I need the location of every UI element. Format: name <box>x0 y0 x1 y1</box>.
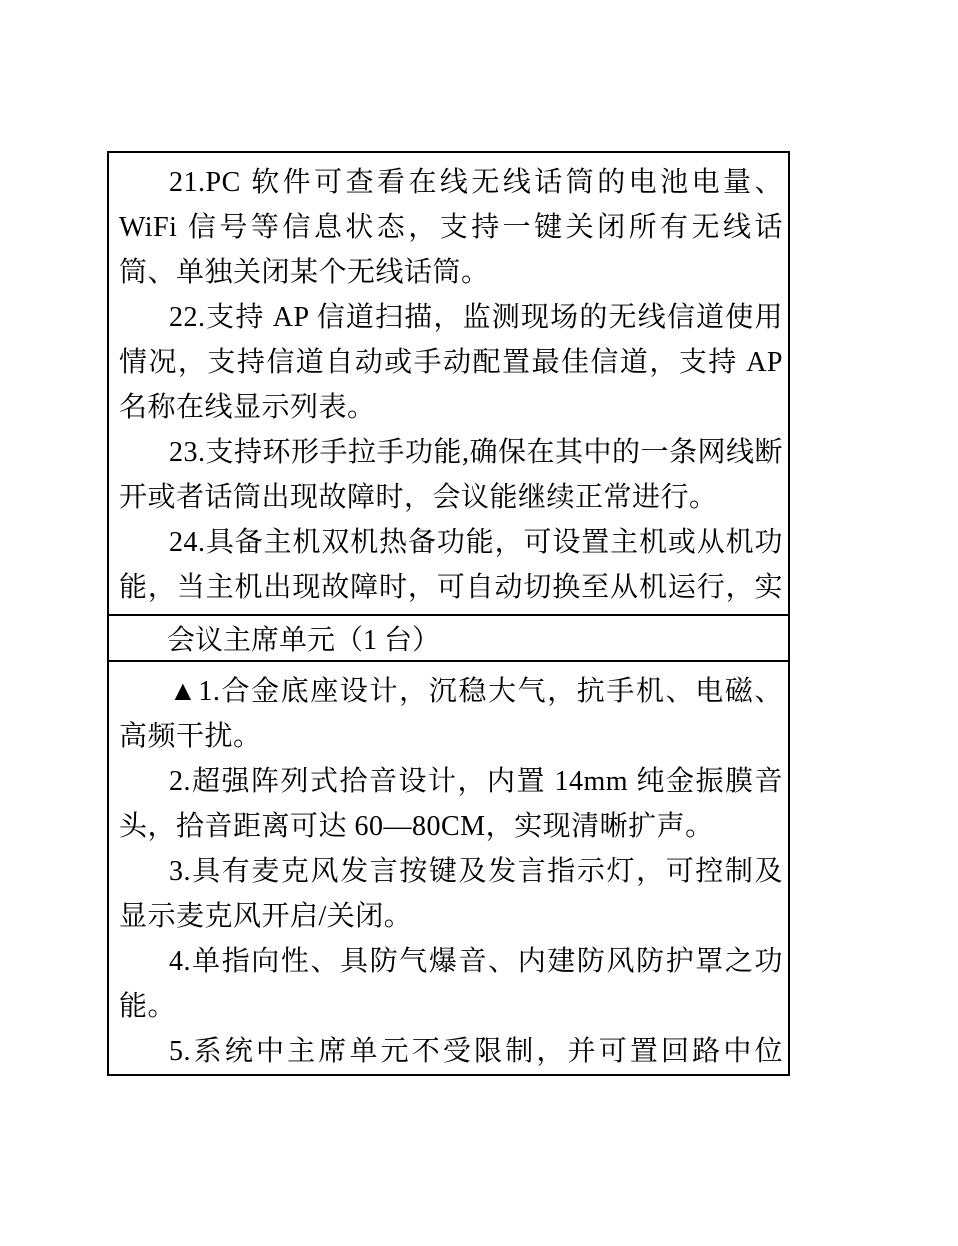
spec-paragraph-21: 21.PC 软件可查看在线无线话筒的电池电量、WiFi 信号等信息状态，支持一键… <box>119 160 783 295</box>
section-header-row: 会议主席单元（1 台） <box>109 614 788 660</box>
spec-paragraph-23: 23.支持环形手拉手功能,确保在其中的一条网线断开或者话筒出现故障时，会议能继续… <box>119 430 783 520</box>
spec-paragraph-2: 2.超强阵列式拾音设计，内置 14mm 纯金振膜音头，拾音距离可达 60—80C… <box>119 759 783 849</box>
spec-paragraph-5: 5.系统中主席单元不受限制，并可置回路中位置，具有强制切断代表单元麦克风发言的优… <box>119 1029 783 1074</box>
section-header-text: 会议主席单元（1 台） <box>167 618 440 658</box>
spec-paragraph-4: 4.单指向性、具防气爆音、内建防风防护罩之功能。 <box>119 939 783 1029</box>
spec-row-wireless-system: 21.PC 软件可查看在线无线话筒的电池电量、WiFi 信号等信息状态，支持一键… <box>109 153 788 614</box>
spec-paragraph-1: ▲1.合金底座设计，沉稳大气，抗手机、电磁、高频干扰。 <box>119 669 783 759</box>
spec-paragraph-24: 24.具备主机双机热备功能，可设置主机或从机功能，当主机出现故障时，可自动切换至… <box>119 520 783 614</box>
spec-table: 21.PC 软件可查看在线无线话筒的电池电量、WiFi 信号等信息状态，支持一键… <box>107 151 790 1076</box>
spec-row-chairman-unit: ▲1.合金底座设计，沉稳大气，抗手机、电磁、高频干扰。 2.超强阵列式拾音设计，… <box>109 660 788 1074</box>
spec-paragraph-22: 22.支持 AP 信道扫描，监测现场的无线信道使用情况，支持信道自动或手动配置最… <box>119 295 783 430</box>
document-page: 21.PC 软件可查看在线无线话筒的电池电量、WiFi 信号等信息状态，支持一键… <box>0 0 958 1246</box>
spec-paragraph-3: 3.具有麦克风发言按键及发言指示灯，可控制及显示麦克风开启/关闭。 <box>119 849 783 939</box>
